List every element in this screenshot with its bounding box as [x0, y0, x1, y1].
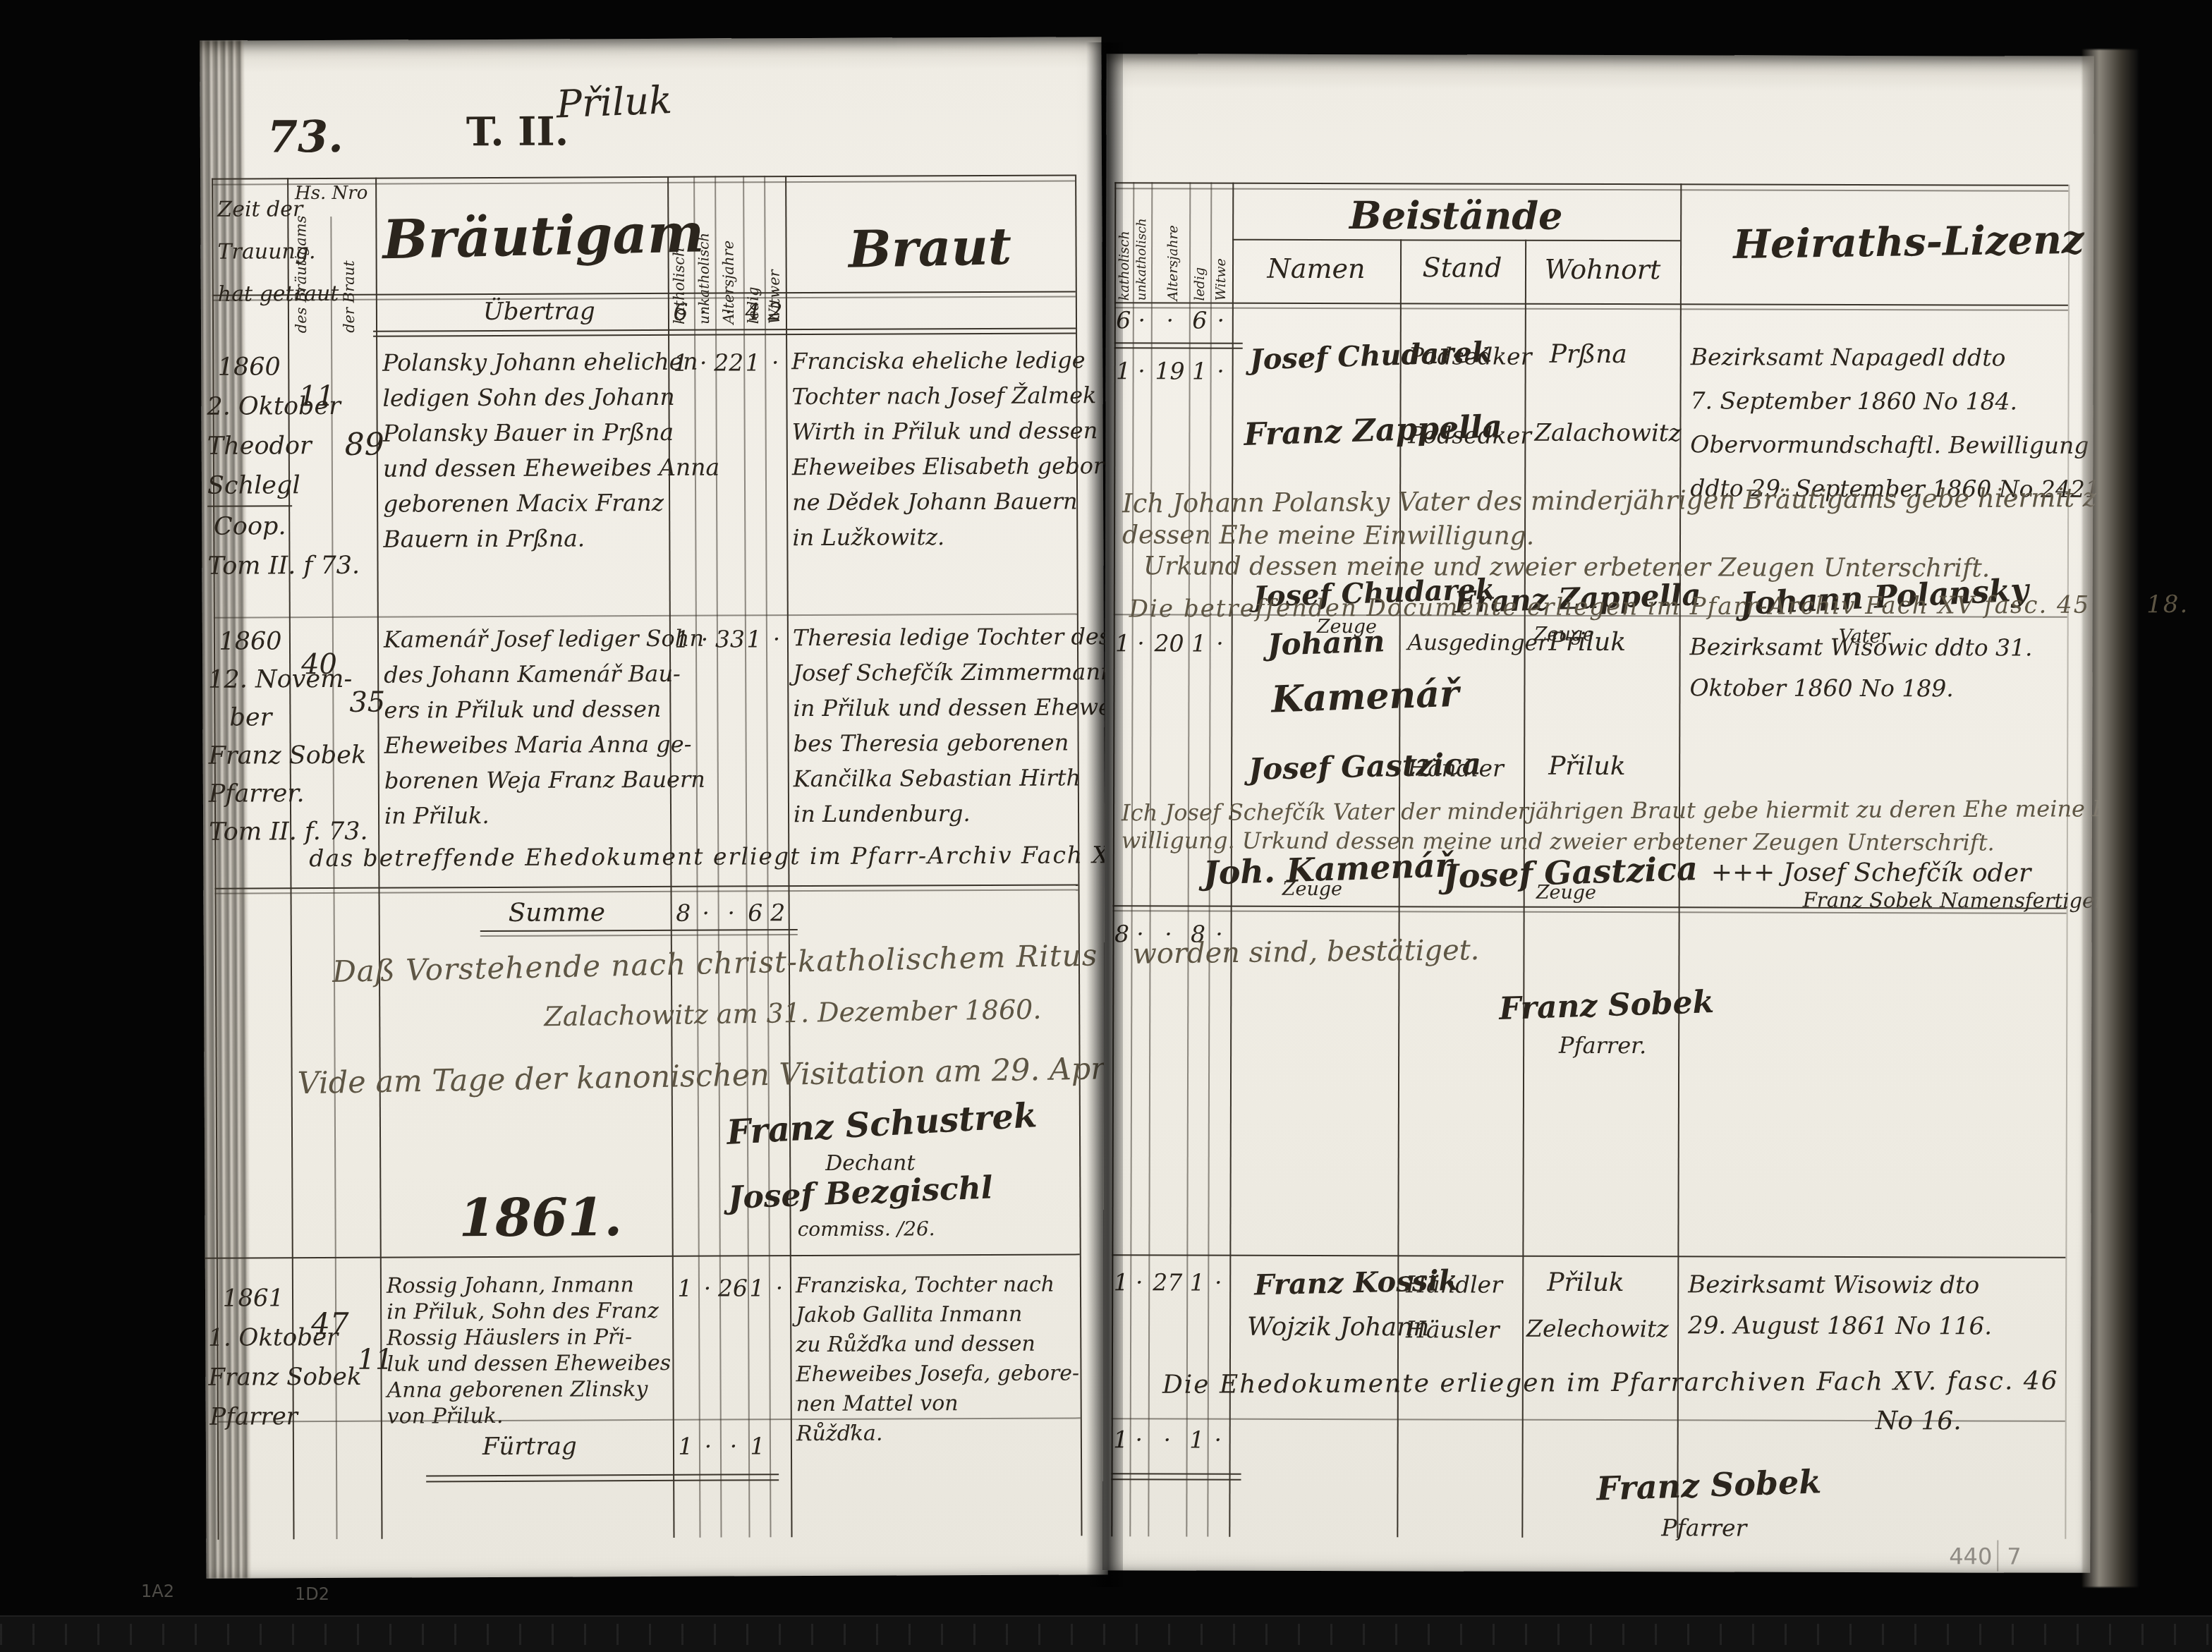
- text-line: 1860: [208, 622, 293, 661]
- text-line: Eheweibes Maria Anna ge-: [384, 727, 667, 763]
- text-line: Pfarrer.: [209, 775, 293, 813]
- carry-value: 2: [762, 298, 788, 325]
- carry-value: ·: [1208, 307, 1234, 334]
- text-line: 7. September 1860 No 184.: [1690, 379, 2062, 423]
- entry2-stat: 1: [741, 625, 767, 652]
- text-line: Kančilka Sebastian Hirth: [794, 760, 1074, 796]
- text-line: zu Růžďka und dessen: [796, 1329, 1076, 1360]
- entry2-witness1-status: Ausgedinger: [1408, 630, 1548, 656]
- entry2-stat: 33: [715, 625, 745, 652]
- entry1-bride-stat: ·: [1129, 357, 1155, 384]
- entry1-witness1-status: Podsedker: [1409, 342, 1532, 370]
- entry2-license-text: Bezirksamt Wisowic ddto 31.Oktober 1860 …: [1689, 626, 2062, 709]
- entry1-stat: 1: [740, 348, 765, 376]
- text-line: Trauung.: [217, 231, 339, 274]
- entry1-house-number-bride: 89: [345, 427, 384, 463]
- visitation-signature-2: Josef Bezgischl: [728, 1170, 994, 1216]
- carry-over-value: 1: [745, 1432, 770, 1459]
- entry1-house-number-groom: 11: [298, 380, 334, 413]
- film-frame-mark: 1A2: [141, 1581, 174, 1601]
- text-line: Theresia ledige Tochter des: [793, 619, 1074, 655]
- film-ruler-strip: [0, 1615, 2212, 1652]
- entry3-bride-stat: ·: [1205, 1269, 1231, 1296]
- entry1-bride-stat: ·: [1208, 358, 1234, 385]
- text-line: 1860: [207, 347, 291, 387]
- attestation-line1-right: worden sind, bestätiget.: [1132, 934, 1479, 971]
- text-line: ber: [208, 698, 293, 737]
- sum-value: ·: [693, 899, 719, 927]
- date-column-header: Zeit derTrauung.hat getraut: [217, 188, 339, 316]
- house-number-bride-header: der Braut: [340, 213, 358, 333]
- text-line: Tochter nach Josef Žalmek: [791, 377, 1072, 414]
- bottom-pfarrer-role: Pfarrer: [1661, 1514, 1746, 1541]
- entry2-bride-text: Theresia ledige Tochter desJosef Schefčí…: [793, 619, 1074, 832]
- entry2-consent-line2: willigung. Urkund dessen meine und zweie…: [1122, 827, 1995, 856]
- entry2-house-number-groom: 40: [301, 648, 337, 681]
- carry-over-value: ·: [1153, 1426, 1182, 1453]
- text-line: Josef Schefčík Zimmermann: [793, 654, 1074, 691]
- text-line: ledigen Sohn des Johann: [382, 379, 664, 416]
- entry3-stat: 1: [744, 1274, 770, 1301]
- text-line: borenen Weja Franz Bauern: [384, 762, 667, 798]
- carry-value: 4: [740, 298, 765, 325]
- year-heading: 1861.: [458, 1187, 622, 1249]
- entry3-stat: ·: [767, 1274, 792, 1301]
- text-line: des Johann Kamenář Bau-: [384, 656, 666, 693]
- text-line: Franz Sobek: [209, 736, 293, 775]
- text-line: Bauern in Prßna.: [383, 521, 665, 557]
- entry2-witness2-residence: Přiluk: [1548, 752, 1626, 781]
- text-line: und dessen Eheweibes Anna: [383, 450, 665, 487]
- film-ruler-ticks: [0, 1624, 2212, 1645]
- carry-over-value: ·: [1205, 1426, 1231, 1454]
- witnesses-section-header: Beistände: [1315, 193, 1597, 238]
- stat-header-noncatholic: unkatholisch: [1134, 189, 1149, 300]
- text-line: Anna geborenen Zlinsky: [387, 1376, 669, 1404]
- entry2-witness1-residence: Přiluk: [1549, 628, 1627, 657]
- carry-over-label: Fürtrag: [482, 1432, 577, 1461]
- stat-header-widow: Witwe: [1213, 190, 1229, 301]
- entry3-documents-note-2: No 16.: [1876, 1407, 1962, 1435]
- bride-column-header: Braut: [789, 214, 1072, 281]
- bottom-pfarrer-signature: Franz Sobek: [1596, 1462, 1822, 1507]
- witness-name-header: Namen: [1246, 253, 1387, 285]
- entry3-bride-stat: ·: [1126, 1268, 1152, 1296]
- text-line: Polansky Johann ehelichen: [382, 344, 664, 381]
- entry2-signature2-role: Zeuge: [1536, 882, 1596, 904]
- text-line: luk und dessen Eheweibes: [387, 1350, 669, 1378]
- folio-number: 73.: [267, 111, 344, 162]
- entry2-bride-stat: ·: [1129, 629, 1154, 657]
- attestation-visitation: Vide am Tage der kanonischen Visitation …: [297, 1049, 1221, 1101]
- entry3-documents-note: Die Ehedokumente erliegen im Pfarrarchiv…: [1162, 1366, 2059, 1399]
- text-line: Eheweibes Josefa, gebore-: [796, 1359, 1076, 1390]
- text-line: 1861: [208, 1278, 298, 1318]
- sum-value: 2: [765, 899, 791, 926]
- text-line: in Lundenburg.: [794, 795, 1074, 832]
- text-line: Bezirksamt Napagedl ddto: [1691, 335, 2063, 379]
- text-line: 12. Novem-: [208, 660, 293, 699]
- witness-residence-header: Wohnort: [1532, 254, 1673, 286]
- stat-header-single: ledig: [1192, 189, 1208, 300]
- sum-value: ·: [717, 899, 746, 926]
- entry1-date-cell: 18602. OktoberTheodorSchleglCoop.Tom II.…: [207, 347, 292, 586]
- entry2-signature1-role: Zeuge: [1282, 878, 1342, 900]
- entry1-stat: 22: [714, 348, 743, 376]
- text-line: in Přiluk, Sohn des Franz: [387, 1298, 669, 1325]
- text-line: Schlegl: [207, 466, 292, 507]
- text-line: Kamenář Josef lediger Sohn: [384, 621, 666, 657]
- right-page: katholisch unkatholisch Altersjahre ledi…: [1102, 54, 2094, 1573]
- carry-value: ·: [714, 298, 743, 325]
- text-line: bes Theresia geborenen: [793, 724, 1074, 761]
- entry1-witness2-status: Podsedker: [1408, 421, 1531, 449]
- entry2-house-number-bride: 35: [349, 686, 385, 719]
- attestation-pfarrer-signature: Franz Sobek: [1499, 984, 1715, 1027]
- sum-label: Summe: [509, 898, 606, 928]
- house-number-header: Hs. Nro: [287, 183, 375, 205]
- entry3-witness2-name: Wojzik Johann: [1247, 1313, 1429, 1342]
- carry-over-value: ·: [719, 1432, 748, 1459]
- tomus-label: T. II.: [466, 109, 569, 156]
- groom-column-header: Bräutigam: [382, 202, 666, 271]
- text-line: Tom II. f 73.: [207, 546, 292, 586]
- visitation-signature-1-role: Dechant: [825, 1150, 915, 1176]
- entry3-witness1-status: Händler: [1406, 1270, 1502, 1298]
- carry-value: ·: [1155, 306, 1185, 334]
- entry3-witness2-status: Häusler: [1406, 1316, 1500, 1343]
- microfilm-scan: 73. T. II. Přiluk Zeit derTrauung.hat ge: [0, 0, 2212, 1652]
- text-line: Franziska, Tochter nach: [796, 1270, 1076, 1301]
- entry1-witness1-residence: Prßna: [1550, 340, 1627, 369]
- visitation-signature-2-role: commiss. /26.: [798, 1217, 935, 1241]
- entry3-witness2-residence: Zelechowitz: [1526, 1315, 1669, 1343]
- film-frame-mark-2: 1D2: [295, 1584, 329, 1604]
- text-line: Tom II. f. 73.: [209, 813, 293, 851]
- text-line: nen Mattel von: [796, 1388, 1077, 1419]
- house-number-groom-header: des Bräutigams: [292, 213, 310, 333]
- text-line: Theodor: [207, 426, 292, 466]
- text-line: Franciska eheliche ledige: [791, 342, 1072, 379]
- text-line: in Přiluk.: [384, 797, 667, 834]
- entry2-stat: ·: [764, 625, 789, 652]
- text-line: Rossig Häuslers in Při-: [387, 1324, 669, 1352]
- entry2-consent-line1: Ich Josef Schefčík Vater der minderjähri…: [1122, 795, 2138, 826]
- text-line: Oktober 1860 No 189.: [1689, 667, 2062, 709]
- entry1-stat: ·: [691, 349, 716, 377]
- pencil-folio-number: 440: [1949, 1543, 1992, 1569]
- parish-title: Přiluk: [555, 78, 673, 126]
- carry-forward-label: Übertrag: [483, 297, 595, 326]
- text-line: in Lužkowitz.: [792, 518, 1073, 555]
- text-line: Polansky Bauer in Prßna: [383, 415, 665, 451]
- entry2-stat: ·: [692, 626, 717, 653]
- entry1-witness2-residence: Zalachowitz: [1534, 419, 1681, 448]
- entry2-bride-stat: 20: [1155, 629, 1184, 657]
- text-line: geborenen Macix Franz: [383, 485, 665, 522]
- entry2-witness2-status: Händler: [1407, 754, 1504, 782]
- text-line: Obervormundschaftl. Bewilligung: [1690, 423, 2062, 467]
- text-line: 1. Oktober: [208, 1318, 298, 1358]
- entry1-bride-stat: 19: [1155, 357, 1185, 384]
- marriage-license-header: Heiraths-Lizenz: [1733, 217, 2016, 268]
- entry2-signature3-role: Franz Sobek Namensfertiger: [1803, 888, 2105, 913]
- entry1-bride-text: Franciska eheliche ledigeTochter nach Jo…: [791, 342, 1073, 555]
- entry2-witness1-name2: Kamenář: [1271, 672, 1460, 722]
- stat-header-age: Altersjahre: [1165, 189, 1181, 300]
- entry3-date-cell: 18611. OktoberFranz SobekPfarrer: [208, 1278, 299, 1437]
- entry1-consent-line1: Ich Johann Polansky Vater des minderjähr…: [1122, 482, 2113, 519]
- left-page: 73. T. II. Přiluk Zeit derTrauung.hat ge: [200, 37, 1107, 1579]
- book-spine-shadow: [1086, 42, 1123, 1587]
- carry-over-value: ·: [1126, 1426, 1152, 1453]
- entry1-groom-text: Polansky Johann ehelichenledigen Sohn de…: [382, 344, 665, 557]
- text-line: Coop.: [207, 506, 292, 547]
- text-line: Eheweibes Elisabeth gebore-: [792, 448, 1073, 485]
- entry2-signature3: +++ Josef Schefčík oder: [1711, 858, 2031, 887]
- entry3-stat: 26: [718, 1274, 748, 1301]
- text-line: ers in Přiluk und dessen: [384, 691, 666, 728]
- entry3-license-text: Bezirksamt Wisowiz dto29. August 1861 No…: [1688, 1264, 2060, 1347]
- text-line: Bezirksamt Wisowiz dto: [1688, 1264, 2060, 1306]
- entry3-house-number-groom: 47: [311, 1306, 349, 1341]
- text-line: Jakob Gallita Inmann: [796, 1299, 1076, 1330]
- attestation-pfarrer-role: Pfarrer.: [1559, 1032, 1646, 1059]
- text-line: Pfarrer: [209, 1397, 299, 1437]
- entry1-consent-line2: dessen Ehe meine Einwilligung.: [1122, 521, 1534, 551]
- entry3-witness1-residence: Přiluk: [1547, 1268, 1624, 1297]
- entry3-stat: ·: [695, 1275, 720, 1302]
- attestation-place-date: Zalachowitz am 31. Dezember 1860.: [544, 994, 1042, 1032]
- entry3-bride-stat: 27: [1153, 1268, 1182, 1296]
- sum-value: 6: [743, 899, 768, 926]
- carry-value: ·: [691, 298, 716, 326]
- entry3-bride-text: Franziska, Tochter nachJakob Gallita Inm…: [796, 1270, 1077, 1449]
- text-line: Franz Sobek: [208, 1357, 298, 1397]
- page-curl-edge: [2082, 49, 2139, 1587]
- text-line: hat getraut: [218, 273, 339, 316]
- entry1-consent-line3: Urkund dessen meine und zweier erbetener…: [1143, 552, 1990, 583]
- text-line: von Přiluk.: [387, 1402, 669, 1430]
- carry-over-value: ·: [695, 1433, 721, 1460]
- text-line: ne Dědek Johann Bauern: [792, 483, 1073, 520]
- carry-value: ·: [1129, 306, 1155, 334]
- entry2-bride-stat: ·: [1208, 630, 1233, 657]
- witness-status-header: Stand: [1392, 252, 1533, 284]
- text-line: Růžďka.: [796, 1418, 1077, 1449]
- entry2-witness1-name: Johann: [1267, 624, 1385, 662]
- pencil-folio-number-2: 7: [2007, 1543, 2021, 1570]
- text-line: Bezirksamt Wisowic ddto 31.: [1690, 626, 2062, 668]
- entry2-groom-text: Kamenář Josef lediger Sohndes Johann Kam…: [384, 621, 667, 834]
- text-line: 2. Oktober: [207, 387, 291, 427]
- visitation-signature-1: Franz Schustrek: [726, 1095, 1038, 1153]
- text-line: Rossig Johann, Inmann: [387, 1272, 669, 1299]
- text-line: Wirth in Přiluk und dessen: [792, 413, 1073, 449]
- entry1-documents-note: Die betreffenden Documente erliegen im P…: [1129, 590, 2189, 624]
- entry3-groom-text: Rossig Johann, Inmannin Přiluk, Sohn des…: [387, 1272, 669, 1430]
- entry2-date-cell: 186012. Novem-berFranz SobekPfarrer.Tom …: [208, 622, 293, 851]
- text-line: 29. August 1861 No 116.: [1688, 1305, 2060, 1347]
- entry1-stat: ·: [762, 348, 788, 376]
- text-line: in Přiluk und dessen Ehewei-: [793, 689, 1074, 726]
